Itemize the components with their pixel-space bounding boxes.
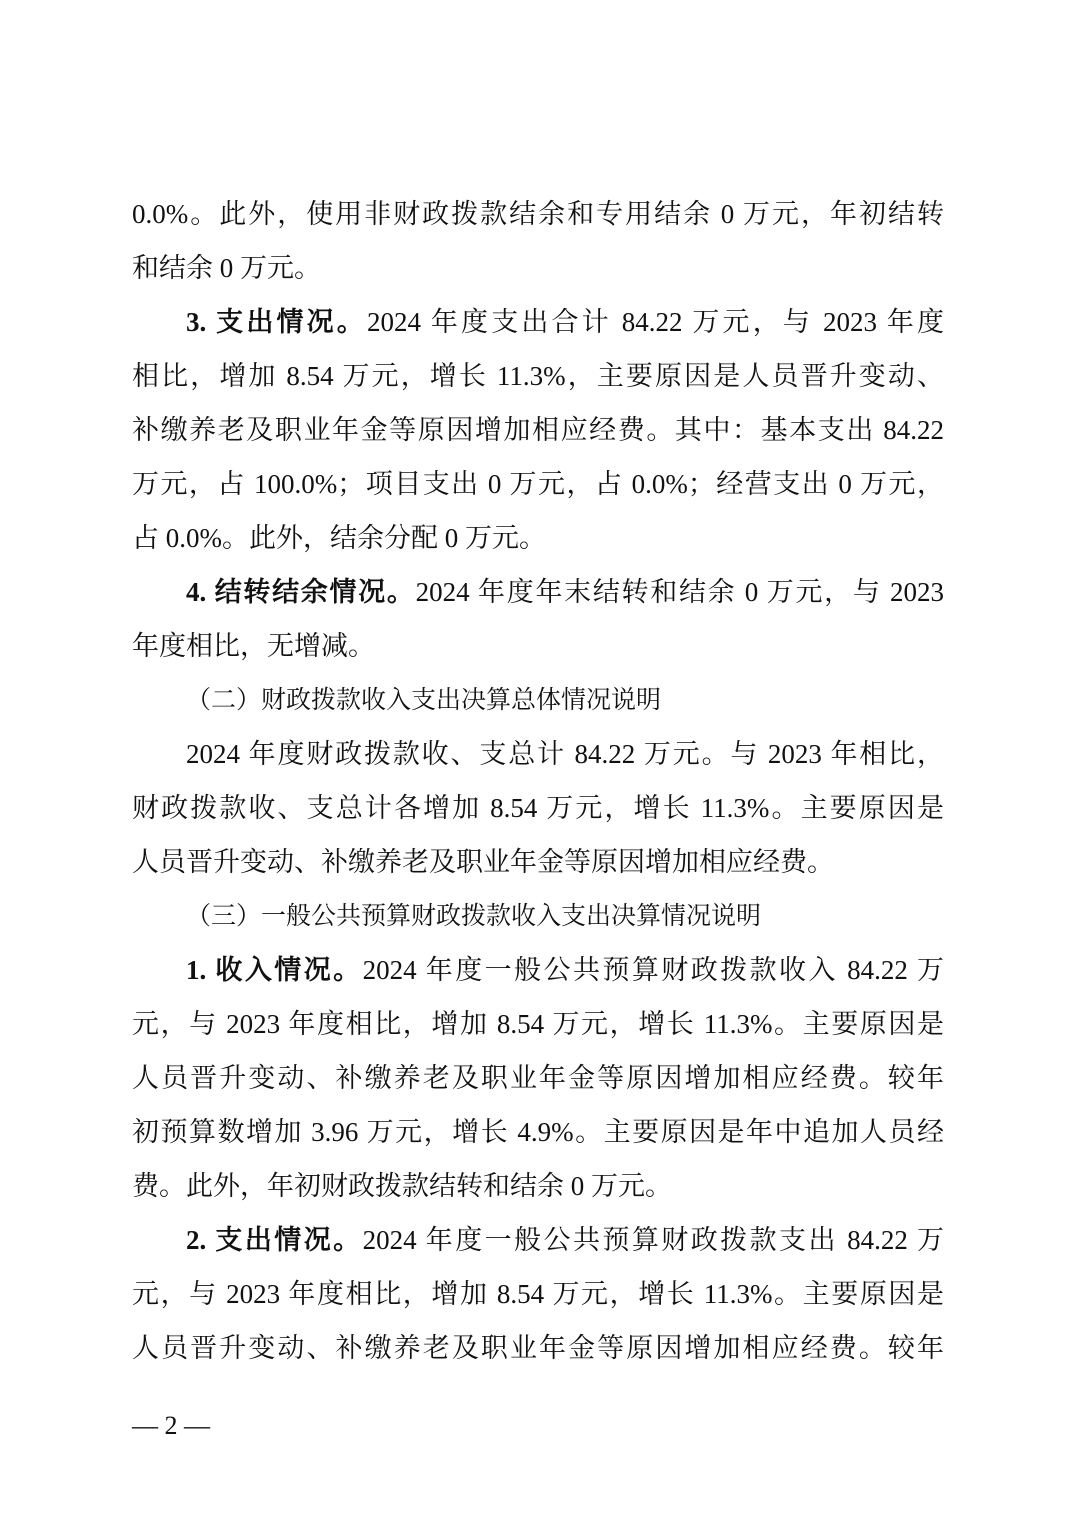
text-line: 初预算数增加 3.96 万元，增长 4.9%。主要原因是年中追加人员经 (132, 1114, 944, 1150)
text-line: 相比，增加 8.54 万元，增长 11.3%，主要原因是人员晋升变动、 (132, 358, 944, 394)
text-line: 人员晋升变动、补缴养老及职业年金等原因增加相应经费。较年 (132, 1060, 944, 1096)
text-line: 人员晋升变动、补缴养老及职业年金等原因增加相应经费。较年 (132, 1330, 944, 1366)
item-heading: 4. 结转结余情况。 (186, 577, 416, 607)
text-line: 0.0%。此外，使用非财政拨款结余和专用结余 0 万元，年初结转 (132, 196, 944, 232)
item-text: 2024 年度一般公共预算财政拨款支出 84.22 万 (363, 1225, 944, 1255)
text-line: 元，与 2023 年度相比，增加 8.54 万元，增长 11.3%。主要原因是 (132, 1276, 944, 1312)
text-line: 人员晋升变动、补缴养老及职业年金等原因增加相应经费。 (132, 844, 944, 880)
section-item-2-expenditure: 2. 支出情况。2024 年度一般公共预算财政拨款支出 84.22 万 (186, 1222, 944, 1258)
item-heading: 3. 支出情况。 (186, 307, 367, 337)
page-number: — 2 — (132, 1410, 210, 1442)
item-text: 2024 年度一般公共预算财政拨款收入 84.22 万 (363, 955, 944, 985)
text-line: 费。此外，年初财政拨款结转和结余 0 万元。 (132, 1168, 944, 1204)
item-heading: 1. 收入情况。 (186, 955, 363, 985)
document-page: 0.0%。此外，使用非财政拨款结余和专用结余 0 万元，年初结转 和结余 0 万… (0, 0, 1074, 1520)
text-line: 财政拨款收、支总计各增加 8.54 万元，增长 11.3%。主要原因是 (132, 790, 944, 826)
section-item-3-expenditure: 3. 支出情况。2024 年度支出合计 84.22 万元，与 2023 年度 (186, 304, 944, 340)
text-line: 年度相比，无增减。 (132, 628, 944, 664)
item-heading: 2. 支出情况。 (186, 1225, 363, 1255)
text-line: 占 0.0%。此外，结余分配 0 万元。 (132, 520, 944, 556)
text-line: 和结余 0 万元。 (132, 250, 944, 286)
section-heading-2: （二）财政拨款收入支出决算总体情况说明 (186, 682, 946, 718)
text-line: 元，与 2023 年度相比，增加 8.54 万元，增长 11.3%。主要原因是 (132, 1006, 944, 1042)
item-text: 2024 年度支出合计 84.22 万元，与 2023 年度 (367, 307, 944, 337)
item-text: 2024 年度年末结转和结余 0 万元，与 2023 (416, 577, 944, 607)
section-heading-3: （三）一般公共预算财政拨款收入支出决算情况说明 (186, 898, 946, 934)
section-item-1-income: 1. 收入情况。2024 年度一般公共预算财政拨款收入 84.22 万 (186, 952, 944, 988)
text-line: 补缴养老及职业年金等原因增加相应经费。其中：基本支出 84.22 (132, 412, 944, 448)
text-line: 万元，占 100.0%；项目支出 0 万元，占 0.0%；经营支出 0 万元， (132, 466, 944, 502)
section-item-4-carryover: 4. 结转结余情况。2024 年度年末结转和结余 0 万元，与 2023 (186, 574, 944, 610)
text-line: 2024 年度财政拨款收、支总计 84.22 万元。与 2023 年相比， (186, 736, 944, 772)
